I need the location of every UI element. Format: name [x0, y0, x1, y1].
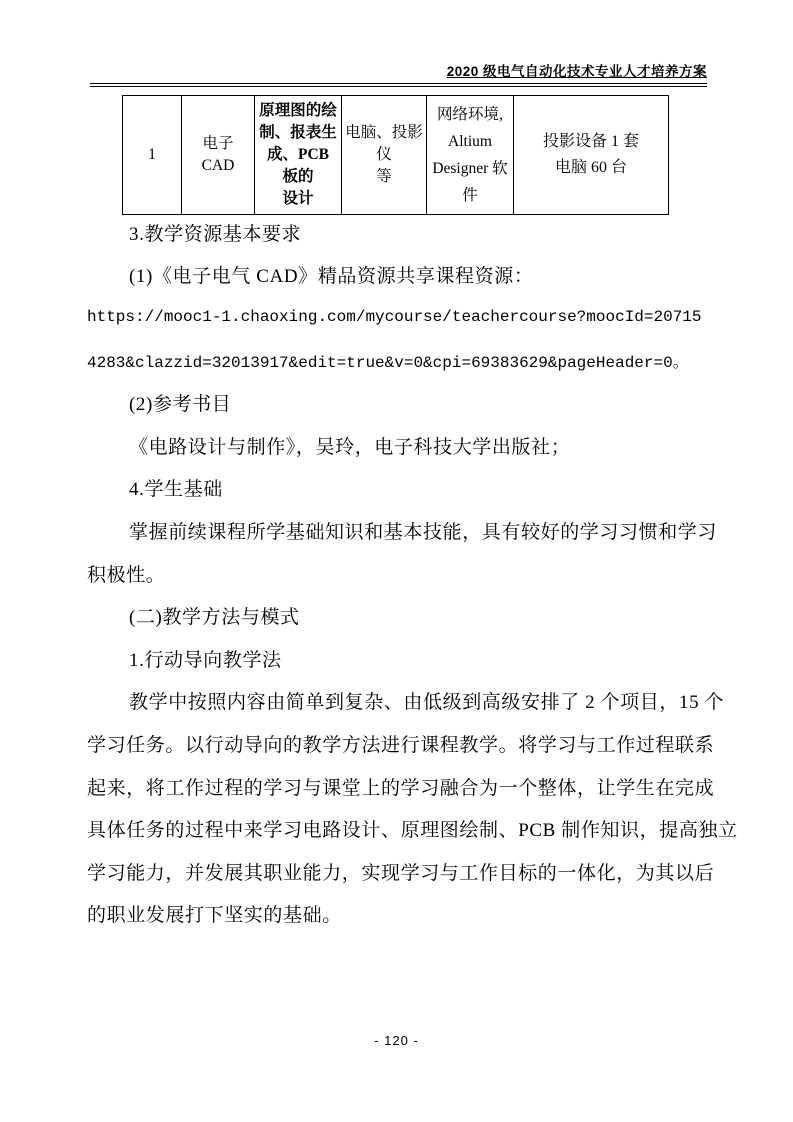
- devices-cell: 投影设备 1 套 电脑 60 台: [514, 96, 669, 215]
- paragraph-course-resource: (1)《电子电气 CAD》精品资源共享课程资源：: [87, 254, 727, 297]
- paragraph-method-line-1: 教学中按照内容由简单到复杂、由低级到高级安排了 2 个项目，15 个: [87, 680, 727, 723]
- equipment-table: 1 电子 CAD 原理图的绘 制、报表生 成、PCB 板的 设计 电脑、投影仪 …: [122, 95, 669, 215]
- course-url-line-1: https://mooc1-1.chaoxing.com/mycourse/te…: [87, 296, 727, 339]
- header-title: 2020 级电气自动化技术专业人才培养方案: [447, 64, 707, 79]
- heading-teaching-resources: 3.教学资源基本要求: [87, 211, 727, 254]
- document-page: 2020 级电气自动化技术专业人才培养方案 1 电子 CAD 原理图的绘 制、报…: [0, 0, 793, 1122]
- environment-cell: 网络环境, Altium Designer 软件: [427, 96, 514, 215]
- paragraph-method-line-2: 学习任务。以行动导向的教学方法进行课程教学。将学习与工作过程联系: [87, 722, 727, 765]
- page-number: - 120 -: [0, 1033, 793, 1048]
- content-line: 制、报表生: [258, 122, 338, 144]
- paragraph-reference-book: 《电路设计与制作》，吴玲，电子科技大学出版社；: [87, 424, 727, 467]
- course-name-cell: 电子 CAD: [182, 96, 255, 215]
- environment-line: 网络环境,: [430, 101, 510, 128]
- body-text: 3.教学资源基本要求 (1)《电子电气 CAD》精品资源共享课程资源： http…: [87, 211, 727, 935]
- environment-line: Designer 软件: [430, 155, 510, 209]
- content-line: 成、PCB 板的: [258, 144, 338, 188]
- environment-line: Altium: [430, 128, 510, 155]
- paragraph-student-basis-line-2: 积极性。: [87, 552, 727, 595]
- heading-teaching-methods: (二)教学方法与模式: [87, 594, 727, 637]
- teaching-content-cell: 原理图的绘 制、报表生 成、PCB 板的 设计: [255, 96, 342, 215]
- paragraph-method-line-4: 具体任务的过程中来学习电路设计、原理图绘制、PCB 制作知识，提高独立: [87, 807, 727, 850]
- devices-line: 投影设备 1 套: [517, 129, 665, 155]
- table-row: 1 电子 CAD 原理图的绘 制、报表生 成、PCB 板的 设计 电脑、投影仪 …: [123, 96, 669, 215]
- course-url-line-2: 4283&clazzid=32013917&edit=true&v=0&cpi=…: [87, 339, 727, 382]
- content-line: 设计: [258, 188, 338, 210]
- paragraph-student-basis-line-1: 掌握前续课程所学基础知识和基本技能，具有较好的学习习惯和学习: [87, 509, 727, 552]
- content-line: 原理图的绘: [258, 100, 338, 122]
- paragraph-method-line-6: 的职业发展打下坚实的基础。: [87, 893, 727, 936]
- paragraph-method-line-3: 起来，将工作过程的学习与课堂上的学习融合为一个整体，让学生在完成: [87, 765, 727, 808]
- heading-action-oriented: 1.行动导向教学法: [87, 637, 727, 680]
- devices-line: 电脑 60 台: [517, 155, 665, 181]
- page-header: 2020 级电气自动化技术专业人才培养方案: [90, 60, 707, 80]
- tools-line: 电脑、投影仪: [345, 122, 423, 166]
- heading-reference-books: (2)参考书目: [87, 381, 727, 424]
- paragraph-method-line-5: 学习能力，并发展其职业能力，实现学习与工作目标的一体化，为其以后: [87, 850, 727, 893]
- row-number-cell: 1: [123, 96, 182, 215]
- tools-line: 等: [345, 166, 423, 188]
- tools-cell: 电脑、投影仪 等: [342, 96, 427, 215]
- heading-student-basis: 4.学生基础: [87, 467, 727, 510]
- header-double-rule: [90, 83, 707, 87]
